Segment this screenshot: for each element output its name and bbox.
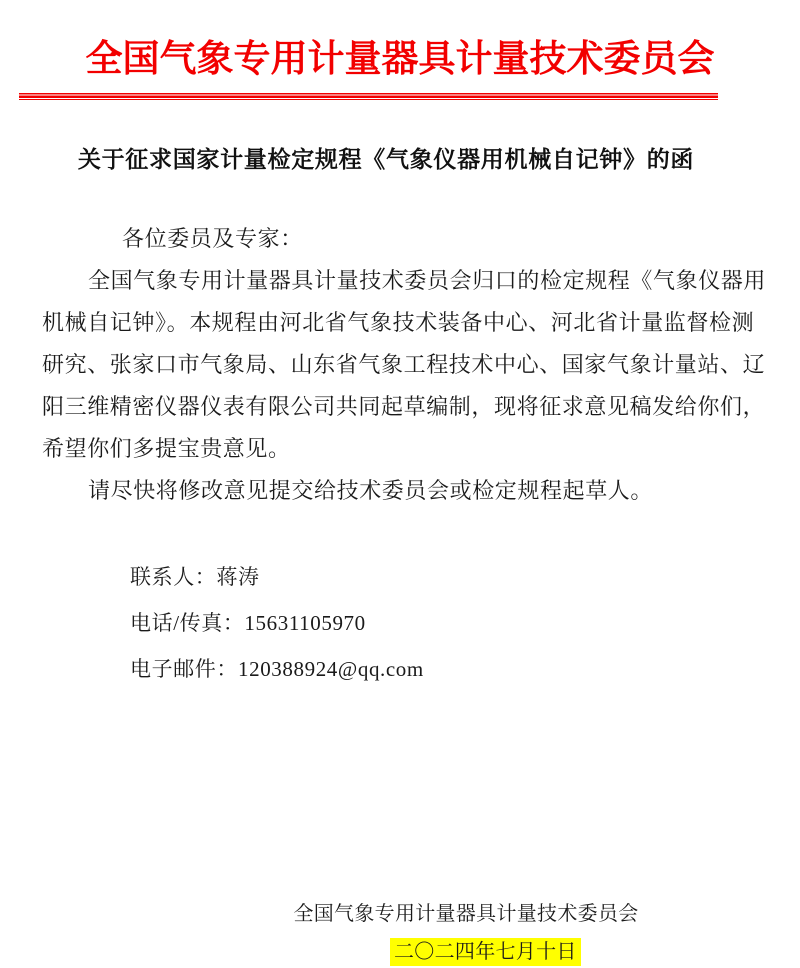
contact-block: 联系人：蒋涛 电话/传真：15631105970 电子邮件：120388924@… [130,554,800,692]
contact-email: 电子邮件：120388924@qq.com [130,646,800,692]
document-title: 关于征求国家计量检定规程《气象仪器用机械自记钟》的函 [0,144,786,174]
contact-phone-fax: 电话/传真：15631105970 [130,600,800,646]
signature-org-name: 全国气象专用计量器具计量技术委员会 [293,897,638,926]
letterhead-rule [19,93,718,100]
closing-request-line: 请尽快将修改意见提交给技术委员会或检定规程起草人。 [42,470,758,512]
date-stamp-highlighted: 二〇二四年七月十日 [390,938,581,966]
paragraph-line: 全国气象专用计量器具计量技术委员会归口的检定规程《气象仪器用 [42,260,758,302]
document-page: 全国气象专用计量器具计量技术委员会 关于征求国家计量检定规程《气象仪器用机械自记… [0,0,800,968]
paragraph-line: 希望你们多提宝贵意见。 [42,428,758,470]
letterhead: 全国气象专用计量器具计量技术委员会 [0,0,800,100]
salutation: 各位委员及专家： [42,218,758,260]
paragraph-line: 阳三维精密仪器仪表有限公司共同起草编制，现将征求意见稿发给你们， [42,386,758,428]
paragraph-line: 机械自记钟》。本规程由河北省气象技术装备中心、河北省计量监督检测 [42,302,758,344]
letter-body: 各位委员及专家： 全国气象专用计量器具计量技术委员会归口的检定规程《气象仪器用 … [42,218,758,512]
paragraph-line: 研究、张家口市气象局、山东省气象工程技术中心、国家气象计量站、辽 [42,344,758,386]
letterhead-org-title: 全国气象专用计量器具计量技术委员会 [0,0,800,82]
contact-person: 联系人：蒋涛 [130,554,800,600]
